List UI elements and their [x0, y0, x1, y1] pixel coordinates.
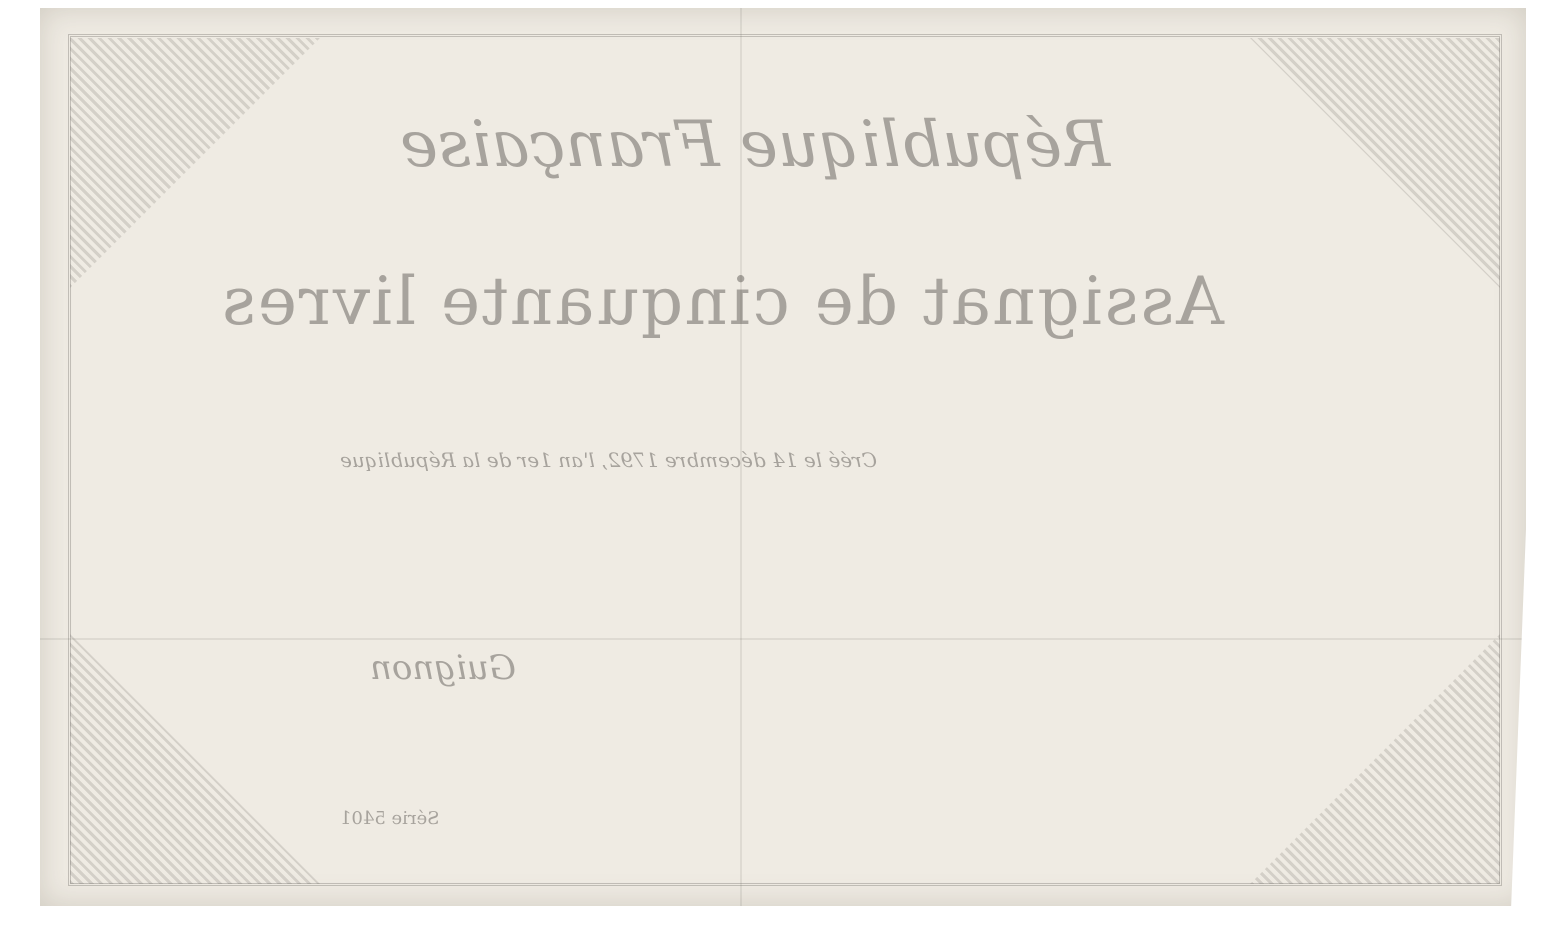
banknote-reverse: République Française Assignat de cinquan…: [40, 8, 1526, 906]
small-text-mirrored: Créé le 14 décembre 1792, l'an 1er de la…: [340, 448, 877, 472]
serial-mirrored: Série 5401: [340, 808, 440, 829]
horizontal-fold: [40, 638, 1526, 640]
denomination-mirrored: Assignat de cinquante livres: [220, 263, 1224, 340]
headline-mirrored: République Française: [400, 108, 1110, 182]
signature-mirrored: Guignon: [370, 648, 516, 688]
